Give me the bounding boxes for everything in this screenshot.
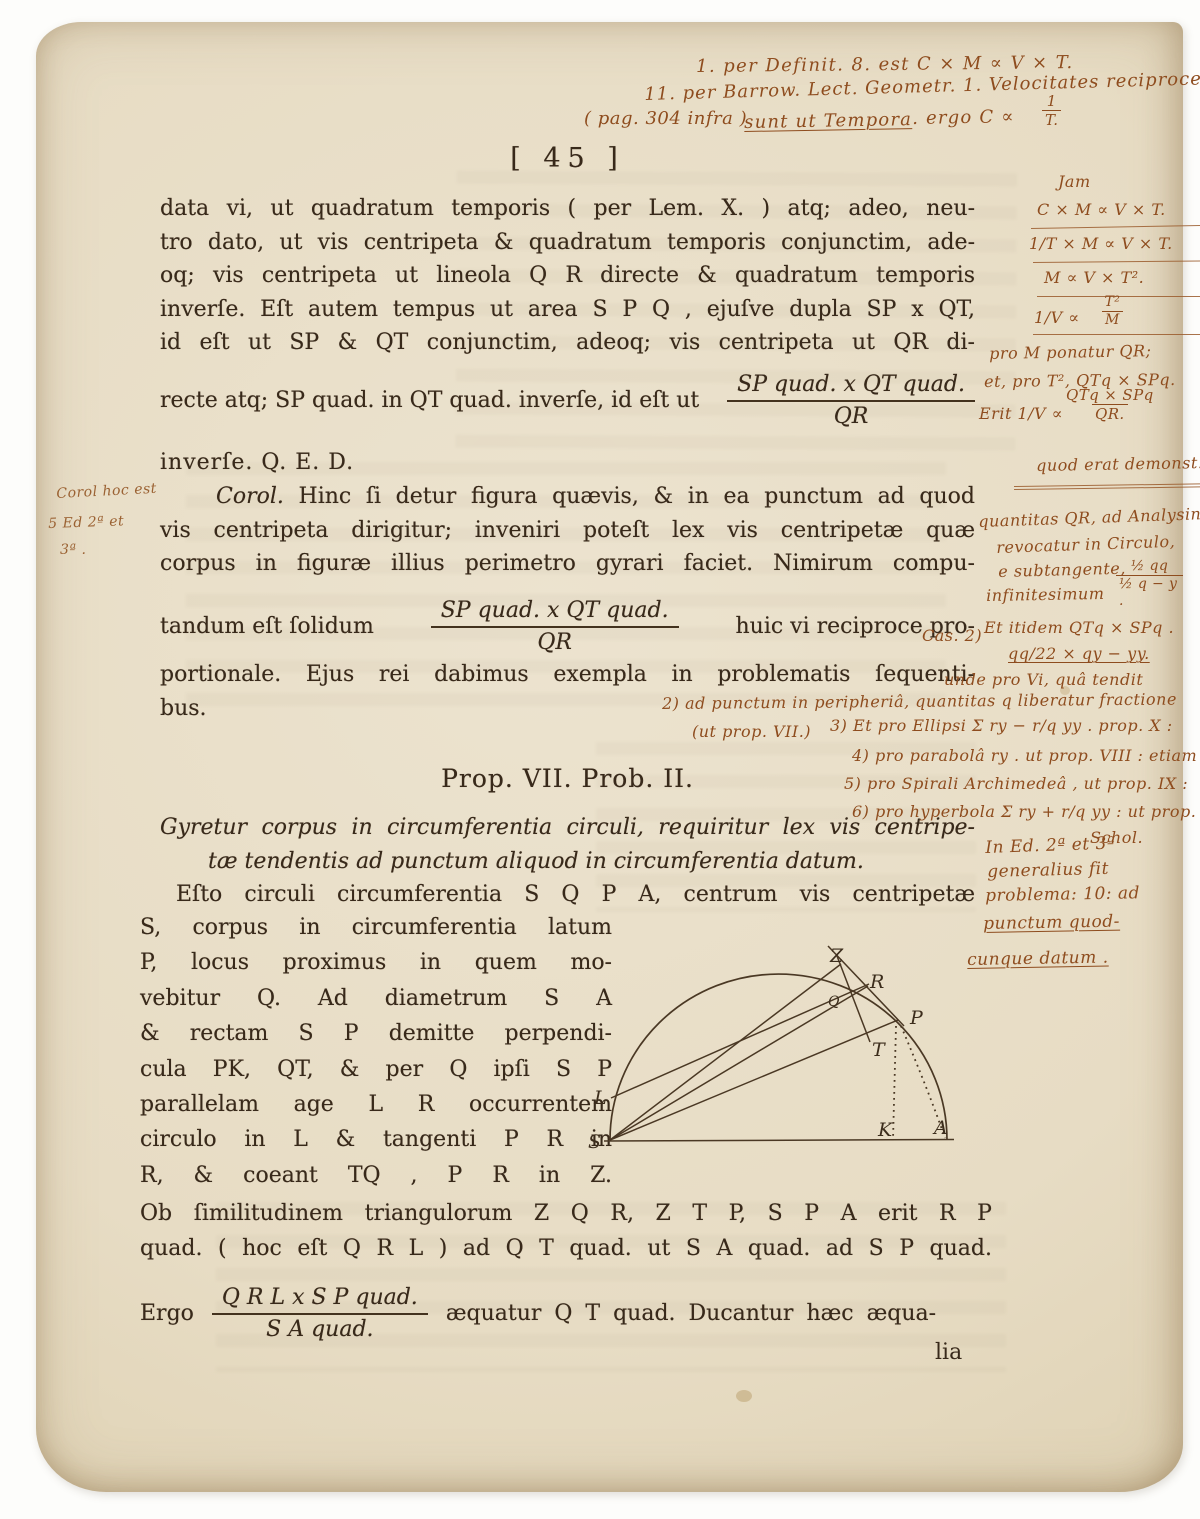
text-run: Hinc ſi detur figura quævis, & in ea pun…	[299, 484, 975, 509]
hw-frac-den: ½ q − y .	[1116, 575, 1183, 610]
top-annotation-3b: . ergo C ∝	[912, 106, 1015, 129]
margin-rule-double	[1014, 483, 1200, 490]
hw-frac-num: ½ qq	[1131, 558, 1169, 575]
body-paragraph-1: data vi, ut quadratum temporis ( per Lem…	[160, 192, 975, 360]
top-annotation-pag304: ( pag. 304 infra )	[584, 108, 747, 129]
text-line: cula PK, QT, & per Q ipſi S P	[140, 1052, 612, 1087]
margin-note-qed: quod erat demonst.	[1036, 453, 1200, 475]
dotted-P-K	[893, 1026, 896, 1140]
interlinear-note-4-parabola: 4) pro parabolâ ry . ut prop. VIII : eti…	[852, 746, 1197, 765]
margin-note-jam: Jam	[1058, 172, 1091, 191]
corollary-paragraph: Corol. Hinc ſi detur figura quævis, & in…	[160, 480, 975, 581]
margin-rule	[1031, 225, 1200, 229]
fraction-numerator: SP quad. x QT quad.	[431, 598, 679, 628]
margin-note-1v: 1/V ∝	[1034, 308, 1080, 327]
text-line: id eſt ut SP & QT conjunctim, adeoq; vis…	[160, 326, 975, 360]
text-line: tæ tendentis ad punctum aliquod in circu…	[160, 845, 975, 879]
book-page: [ 45 ] data vi, ut quadratum temporis ( …	[36, 22, 1183, 1492]
margin-note-subtangente: e subtangente,	[998, 559, 1126, 581]
margin-note-in-ed: In Ed. 2ª et 3ª	[985, 833, 1116, 858]
figure-label-Z: Z	[829, 945, 844, 967]
circle-arc	[610, 974, 947, 1140]
text-run: Ergo	[140, 1297, 194, 1331]
margin-fraction-qq: ½ qq ½ q − y .	[1116, 558, 1183, 609]
margin-note-1t: 1/T × M ∝ V × T.	[1029, 234, 1173, 253]
text-line: tro dato, ut vis centripeta & quadratum …	[160, 226, 975, 260]
text-line: quad. ( hoc eſt Q R L ) ad Q T quad. ut …	[140, 1231, 992, 1266]
hw-frac-den: M	[1102, 311, 1123, 329]
top-annotation-fraction: 1 T.	[1042, 92, 1061, 129]
margin-rule	[1033, 334, 1200, 335]
page-number: [ 45 ]	[160, 142, 975, 176]
figure-label-Q: Q	[828, 994, 840, 1010]
figure-label-A: A	[932, 1117, 948, 1139]
diameter-SA	[604, 1140, 954, 1142]
margin-note-infinitesimum: infinitesimum	[986, 584, 1105, 605]
hw-frac-num: QTq × SPq	[1066, 386, 1154, 404]
margin-fraction-qtsp-over-qr: QTq × SPq QR.	[1066, 386, 1154, 423]
figure-label-P: P	[909, 1007, 924, 1029]
text-line: data vi, ut quadratum temporis ( per Lem…	[160, 192, 975, 226]
margin-note-et-itidem: Et itidem QTq × SPq .	[984, 618, 1174, 637]
line-S-Z	[610, 964, 841, 1140]
text-line: recte atq; SP quad. in QT quad. inverſe,…	[160, 384, 699, 418]
qed-line: inverſe. Q. E. D.	[160, 446, 975, 480]
margin-note-problema: problema: 10: ad	[985, 883, 1140, 906]
margin-note-cas2: Cas. 2)	[922, 626, 982, 645]
text-line: circulo in L & tangenti P R in	[140, 1122, 612, 1157]
margin-note-unde-pro-vi: unde pro Vi, quâ tendit	[944, 670, 1143, 689]
geometry-figure: Z R Q P T L S K A	[584, 942, 998, 1186]
figure-label-R: R	[869, 971, 884, 993]
text-line: R, & coeant TQ , P R in Z.	[140, 1158, 612, 1193]
text-line: corpus in figuræ illius perimetro gyrari…	[160, 547, 975, 581]
margin-note-punctum-quod: punctum quod-	[983, 912, 1120, 934]
text-line: P, locus proximus in quem mo-	[140, 945, 612, 980]
margin-note-generalius: generalius fit	[987, 859, 1109, 882]
figure-label-S: S	[588, 1131, 601, 1153]
text-line: parallelam age L R occurrentem	[140, 1087, 612, 1122]
top-annotation-3a: sunt ut Tempora	[744, 109, 912, 133]
catchword: lia	[935, 1340, 962, 1365]
fraction-numerator: SP quad. x QT quad.	[727, 372, 975, 402]
corollary-lead: Corol.	[216, 484, 284, 509]
text-line: vebitur Q. Ad diametrum S A	[140, 981, 612, 1016]
fraction-denominator: S A quad.	[266, 1315, 373, 1344]
interlinear-note-3-ellipsi: 3) Et pro Ellipsi Σ ry − r/q yy . prop. …	[830, 716, 1173, 735]
margin-note-qqqy: qq/22 × qy − yy.	[1008, 644, 1150, 663]
paper-stain	[736, 1390, 752, 1402]
interlinear-note-6-hyperbola: 6) pro hyperbola Σ ry + r/q yy : ut prop…	[852, 802, 1200, 821]
hw-frac-num: T²	[1104, 294, 1120, 311]
margin-note-cm: C × M ∝ V × T.	[1037, 200, 1166, 219]
line-T-Q-Z	[837, 956, 870, 1042]
line-with-fraction: recte atq; SP quad. in QT quad. inverſe,…	[160, 358, 975, 444]
bottom-paragraph: Ob ſimilitudinem triangulorum Z Q R, Z T…	[140, 1196, 992, 1266]
margin-note-quantitas: quantitas QR, ad Analysin	[978, 504, 1200, 531]
text-line: Ob ſimilitudinem triangulorum Z Q R, Z T…	[140, 1196, 992, 1231]
margin-note-revocatur: revocatur in Circulo,	[996, 532, 1175, 557]
figure-label-T: T	[872, 1039, 886, 1061]
hw-frac-num: 1	[1047, 92, 1057, 110]
hw-frac-den: QR.	[1092, 404, 1128, 423]
printed-fraction-sp-qt-over-qr: SP quad. x QT quad. QR	[727, 372, 975, 431]
text-line: inverſe. Eſt autem tempus ut area S P Q …	[160, 293, 975, 327]
text-run: æquatur Q T quad. Ducantur hæc æqua-	[446, 1297, 936, 1331]
interlinear-note-2: 2) ad punctum in peripheriâ, quantitas q…	[662, 690, 1177, 713]
left-margin-note-1: Corol hoc est	[56, 481, 157, 502]
interlinear-note-5-spirali: 5) pro Spirali Archimedeâ , ut prop. IX …	[844, 774, 1188, 793]
fraction-numerator: Q R L x S P quad.	[212, 1285, 428, 1315]
margin-note-erit: Erit 1/V ∝	[979, 404, 1063, 423]
text-line: S, corpus in circumferentia latum	[140, 910, 612, 945]
problem-statement: Gyretur corpus in circumferentia circuli…	[160, 811, 975, 878]
margin-note-pro-m: pro M ponatur QR;	[989, 341, 1152, 363]
esto-line: Eſto circuli circumferentia S Q P A, cen…	[160, 878, 975, 912]
text-line: oq; vis centripeta ut lineola Q R direct…	[160, 259, 975, 293]
interlinear-note-ut-prop-vii: (ut prop. VII.)	[692, 722, 811, 741]
margin-note-mvt2: M ∝ V × T².	[1044, 268, 1144, 287]
left-margin-note-2: 5 Ed 2ª et	[48, 513, 124, 532]
ergo-fraction-line: Ergo Q R L x S P quad. S A quad. æquatur…	[140, 1264, 1000, 1364]
fraction-denominator: QR	[537, 628, 572, 657]
hw-frac-den: T.	[1042, 110, 1061, 129]
figure-label-K: K	[877, 1119, 894, 1141]
text-line: Corol. Hinc ſi detur figura quævis, & in…	[160, 480, 975, 514]
figure-label-L: L	[593, 1087, 607, 1109]
printed-fraction-sp-qt-over-qr-2: SP quad. x QT quad. QR	[431, 598, 679, 657]
column-text: S, corpus in circumferentia latum P, loc…	[140, 910, 612, 1193]
left-margin-note-3: 3ª .	[60, 542, 86, 558]
margin-note-cunque-datum: cunque datum .	[967, 948, 1109, 970]
margin-rule	[1033, 260, 1200, 263]
text-line: vis centripeta dirigitur; inveniri poteſ…	[160, 514, 975, 548]
printed-fraction-qrl-sp-over-sa: Q R L x S P quad. S A quad.	[212, 1285, 428, 1344]
text-run: tandum eſt ſolidum	[160, 610, 374, 644]
text-line: & rectam S P demitte perpendi-	[140, 1016, 612, 1051]
text-line: portionale. Ejus rei dabimus exempla in …	[160, 658, 975, 692]
fraction-denominator: QR	[834, 402, 869, 431]
margin-fraction-t2-m: T² M	[1102, 294, 1123, 329]
scan-background: [ 45 ] data vi, ut quadratum temporis ( …	[0, 0, 1200, 1519]
